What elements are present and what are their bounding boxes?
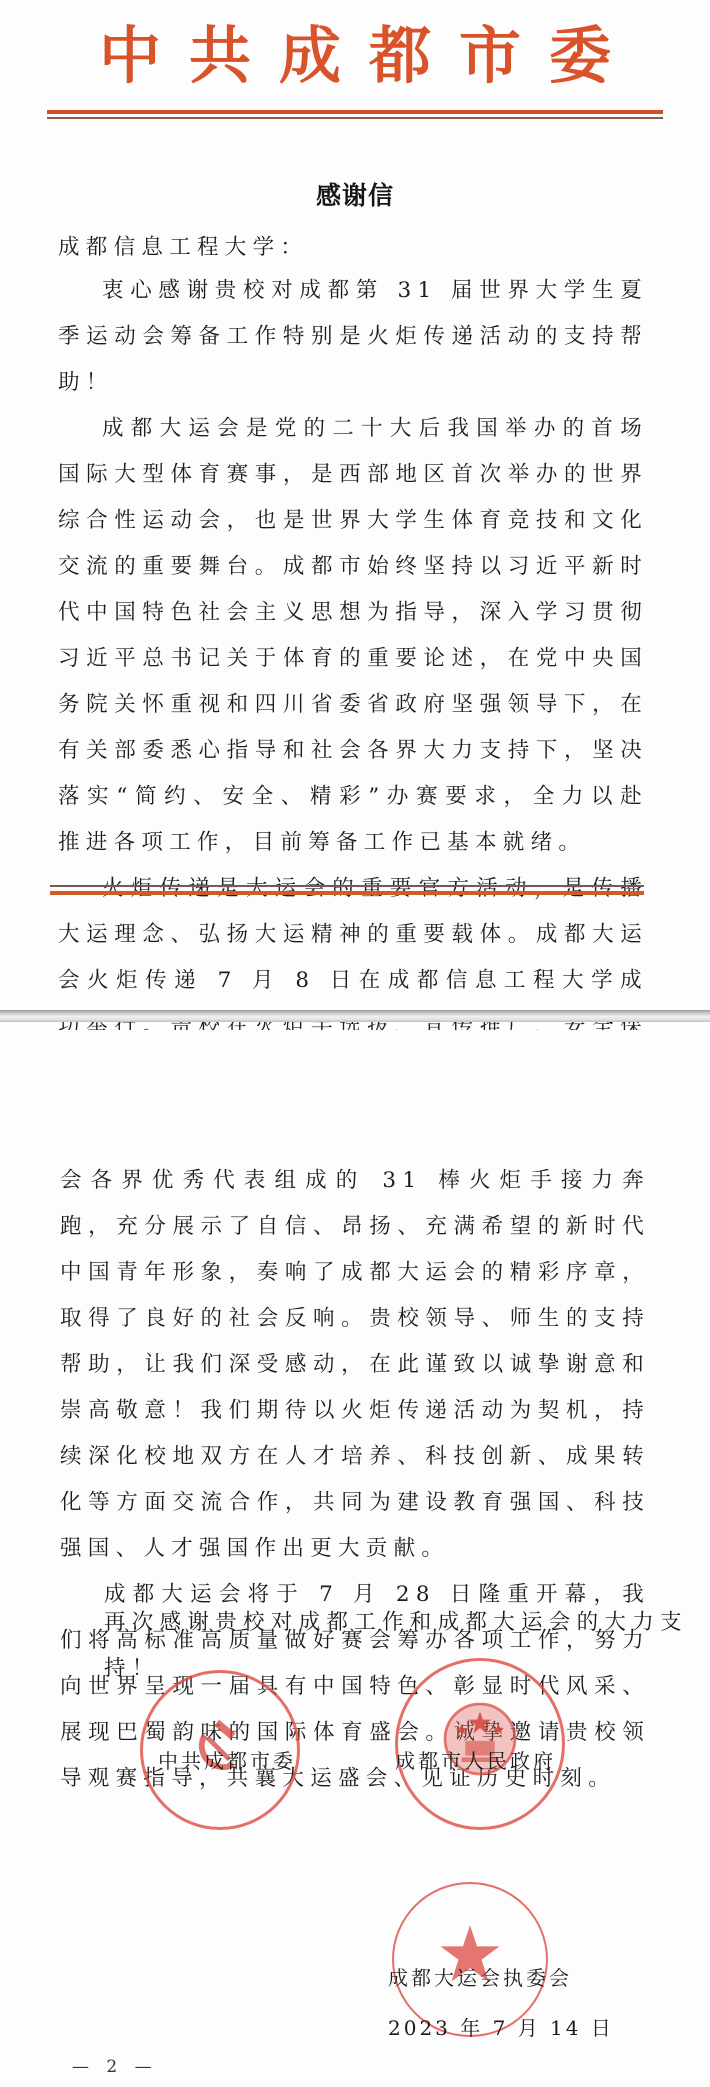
page-footer-rule-thin — [50, 885, 644, 887]
paragraph: 会各界优秀代表组成的 31 棒火炬手接力奔跑，充分展示了自信、昂扬、充满希望的新… — [60, 1158, 650, 1572]
letterhead-rule-thick — [47, 110, 663, 114]
letterhead-rule-thin — [47, 117, 663, 119]
page-footer-rule-thick — [50, 891, 644, 895]
paragraph: 衷心感谢贵校对成都第 31 届世界大学生夏季运动会筹备工作特别是火炬传递活动的支… — [58, 268, 648, 406]
signing-date: 2023 年 7 月 14 日 — [388, 2012, 614, 2041]
national-emblem-icon — [434, 1693, 526, 1789]
signer-city-government: 成都市人民政府 — [395, 1745, 556, 1774]
page-number: — 2 — — [72, 2057, 158, 2077]
letterhead-title: 中共成都市委 — [0, 20, 710, 92]
letter-title: 感谢信 — [0, 176, 710, 212]
city-government-seal — [395, 1658, 565, 1830]
page-divider — [0, 1010, 710, 1022]
salutation: 成都信息工程大学： — [58, 225, 648, 271]
signer-party-committee: 中共成都市委 — [158, 1745, 296, 1774]
signer-executive-committee: 成都大运会执委会 — [388, 1962, 572, 1991]
document-page-1: 中共成都市委 感谢信 成都信息工程大学： 衷心感谢贵校对成都第 31 届世界大学… — [0, 0, 710, 1020]
letter-body-page-2: 会各界优秀代表组成的 31 棒火炬手接力奔跑，充分展示了自信、昂扬、充满希望的新… — [60, 1158, 650, 1802]
paragraph: 成都大运会是党的二十大后我国举办的首场国际大型体育赛事，是西部地区首次举办的世界… — [58, 406, 648, 866]
